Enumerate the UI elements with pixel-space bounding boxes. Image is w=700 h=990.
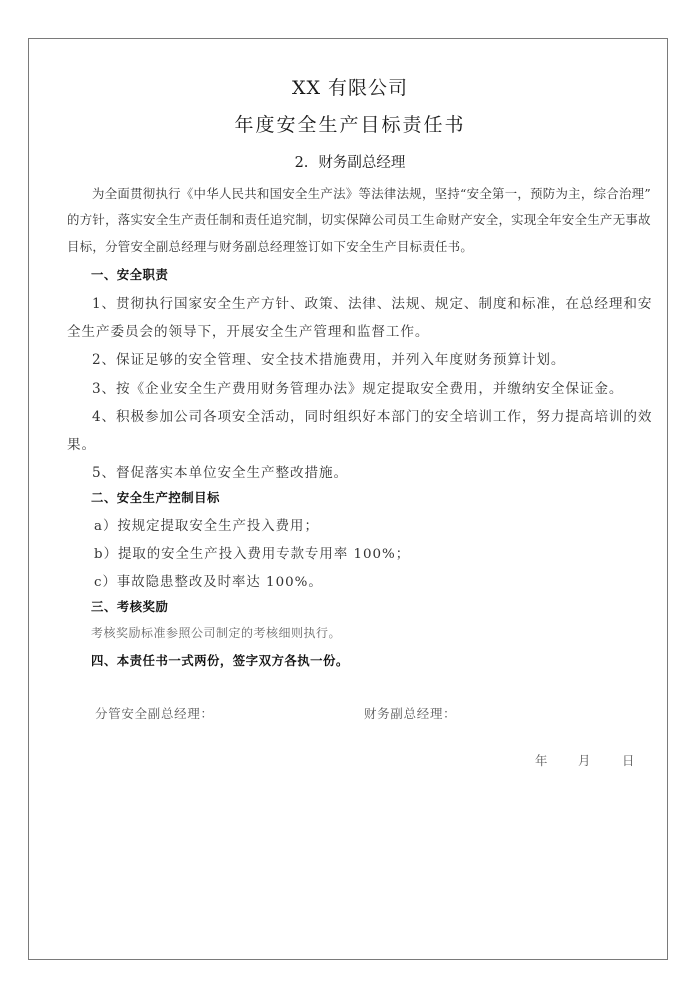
date-year: 年 [535, 751, 547, 769]
signature-right-label: 财务副总经理： [364, 704, 456, 722]
document-title: 年度安全生产目标责任书 [0, 110, 700, 137]
goal-item: c）事故隐患整改及时率达 100%。 [94, 571, 323, 590]
section-line: 1、贯彻执行国家安全生产方针、政策、法律、法规、规定、制度和标准，在总经理和安 [92, 292, 652, 312]
section-line: 4、积极参加公司各项安全活动，同时组织好本部门的安全培训工作，努力提高培训的效 [92, 405, 652, 425]
section-line: 3、按《企业安全生产费用财务管理办法》规定提取安全费用，并缴纳安全保证金。 [92, 377, 623, 397]
intro-line: 的方针，落实安全生产责任制和责任追究制，切实保障公司员工生命财产安全，实现全年安… [67, 210, 651, 228]
section-line: 考核奖励标准参照公司制定的考核细则执行。 [91, 624, 341, 641]
section-heading: 三、考核奖励 [91, 597, 168, 615]
date-day: 日 [622, 751, 634, 769]
goal-item: b）提取的安全生产投入费用专款专用率 100%； [94, 543, 410, 562]
section-line: 果。 [67, 433, 96, 453]
section-heading: 一、安全职责 [91, 265, 168, 283]
goal-item: a）按规定提取安全生产投入费用； [94, 515, 319, 534]
subtitle-text: 财务副总经理 [318, 155, 405, 171]
section-line: 5、督促落实本单位安全生产整改措施。 [92, 461, 348, 481]
section-line: 全生产委员会的领导下，开展安全生产管理和监督工作。 [67, 320, 429, 340]
section-heading: 四、本责任书一式两份，签字双方各执一份。 [91, 651, 349, 669]
company-name: XX 有限公司 [0, 73, 700, 100]
section-line: 2、保证足够的安全管理、安全技术措施费用，并列入年度财务预算计划。 [92, 348, 565, 368]
section-heading: 二、安全生产控制目标 [91, 488, 220, 506]
document-subtitle: 2.财务副总经理 [0, 151, 700, 172]
date-month: 月 [578, 751, 590, 769]
signature-left-label: 分管安全副总经理： [95, 704, 214, 722]
subtitle-number: 2. [295, 155, 309, 171]
intro-line: 为全面贯彻执行《中华人民共和国安全生产法》等法律法规，坚持“安全第一，预防为主，… [92, 184, 651, 202]
intro-line: 目标，分管安全副总经理与财务副总经理签订如下安全生产目标责任书。 [67, 237, 473, 255]
